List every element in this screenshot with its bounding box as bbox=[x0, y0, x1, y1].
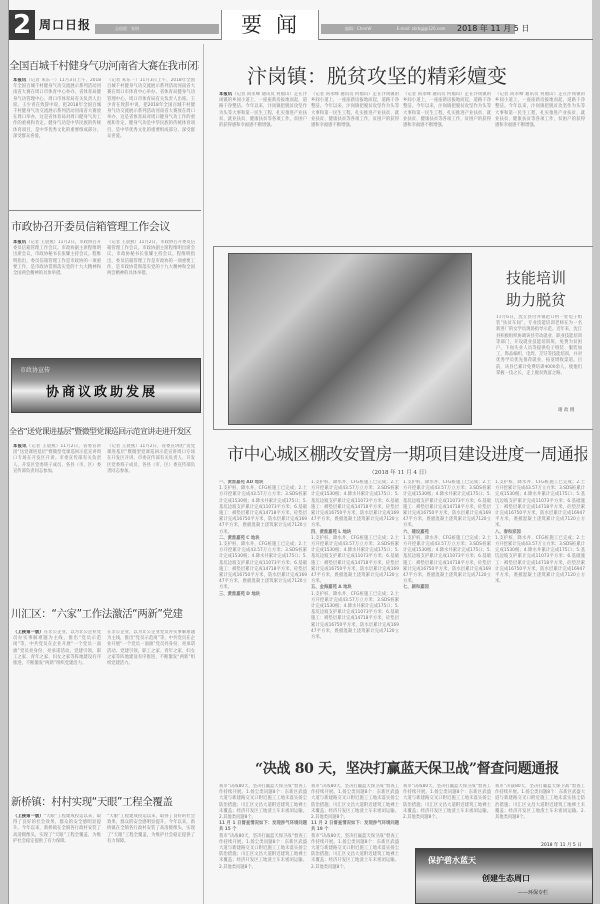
photo-feature-box: 技能培训 助力脱贫 11月6日，沈丘县付井镇赵口村一处电子组装“扶贫车间”，专业… bbox=[213, 246, 593, 430]
section-heading: 六、建设嘉苑 bbox=[403, 530, 429, 535]
inspection-subhead: 11 月 1 日督查情况如下：发现涉气环境问题共 15 个 bbox=[219, 821, 307, 832]
inspection-col4: 我市“决战80天，坚决打赢蓝天保卫战”督查工作持续开展。1.扬尘类问题8个：东新… bbox=[495, 784, 585, 824]
photo-headline-line1[interactable]: 技能培训 bbox=[506, 267, 566, 288]
byline: 本报讯 bbox=[13, 444, 27, 449]
article-body-continued: “天眼”工程建成投运以来，取得了良好的社会效果，群众的安全感明显提升。今年以来，… bbox=[107, 814, 195, 900]
section-heading: 五、金海嘉苑 A 地块 bbox=[311, 585, 352, 590]
article-body: （上接第一版）“天眼”工程建成投运以来，取得了良好的社会效果，群众的安全感明显提… bbox=[13, 814, 101, 900]
headline-chuanhui-party[interactable]: 川汇区：“六家”工作法激活“两新”党建 bbox=[11, 606, 201, 621]
report-date-subhead: （2018 年 11 月 4 日） bbox=[369, 468, 430, 476]
banner-line1: 保护碧水蓝天 bbox=[428, 855, 476, 866]
article-body-continued: （记者 朱东一）11月3日上午，2018年全国百城千村健身气功交流展示系列活动河… bbox=[107, 78, 195, 206]
issue-date: 2018 年 11 月 5 日 bbox=[457, 23, 529, 34]
page-header: 2 周口日报 总值班：张明 要闻 编辑：ChenW E-mail: zkrbgj… bbox=[9, 10, 593, 40]
byline: （上接第一版） bbox=[13, 814, 44, 819]
article-body: 本报讯（记者 王晨燕）11月2日，市政协召开委员信箱管理工作会议。市政协副主席程… bbox=[13, 240, 101, 350]
headline-party-lecture[interactable]: 全省“送党课进基层”暨微型党课巡回示范宣讲走进开发区 bbox=[9, 426, 201, 437]
headline-biangang-poverty[interactable]: 汴岗镇：脱贫攻坚的精彩嬗变 bbox=[247, 60, 587, 89]
report-col4: 1.支护桩、降水井、CFG桩施工已完成；2.土方开挖累计完成43.57万立方米；… bbox=[495, 480, 585, 750]
article-body-col3: （记者 尚永峰 通讯员 何福山）走在汴岗镇的乡间小道上，一座座新房拔地而起，道路… bbox=[403, 92, 491, 240]
header-left-bar: 总值班：张明 bbox=[95, 24, 219, 34]
headline-cppcc-mailbox[interactable]: 市政协召开委员信箱管理工作会议 bbox=[11, 218, 201, 234]
section-heading: 三、黄淮嘉苑 D 地块 bbox=[219, 592, 260, 597]
photo-credit: 谢 政 摄 bbox=[558, 407, 574, 413]
inspection-col1: 我市“决战80天，坚决打赢蓝天保卫战”督查工作持续开展。1.扬尘类问题8个：东新… bbox=[219, 784, 307, 902]
page-number: 2 bbox=[9, 10, 35, 40]
article-body-continued: （记者 王晨燕）11月2日，省委宣讲团“送党课进基层”暨微型党课巡回示范宣讲周口… bbox=[107, 444, 195, 584]
photo-headline-line2[interactable]: 助力脱贫 bbox=[506, 289, 566, 310]
divider bbox=[9, 210, 201, 211]
byline: 本报讯 bbox=[13, 78, 26, 83]
report-col2: 1.支护桩、降水井、CFG桩施工已完成；2.土方开挖累计完成43.57万立方米；… bbox=[311, 480, 399, 750]
masthead-logo: 周口日报 bbox=[39, 16, 91, 33]
column-divider bbox=[203, 44, 204, 904]
section-heading: 八、春和家园 bbox=[495, 530, 521, 535]
headline-shantytown-report[interactable]: 市中心城区棚改安置房一期项目建设进度一周通报 bbox=[227, 440, 587, 465]
training-photo[interactable] bbox=[228, 253, 472, 425]
inspection-subhead: 11 月 2 日督查情况如下：发现涉气环境问题共 19 个 bbox=[311, 821, 399, 832]
email-text: E-mail: zkrbgj@126.com bbox=[397, 26, 446, 31]
article-body-col4: （记者 尚永峰 通讯员 何福山）走在汴岗镇的乡间小道上，一座座新房拔地而起，道路… bbox=[495, 92, 585, 240]
byline: 本报讯 bbox=[219, 92, 232, 97]
inspection-col2: 我市“决战80天，坚决打赢蓝天保卫战”督查工作持续开展。1.扬尘类问题8个：东新… bbox=[311, 784, 399, 902]
byline: 本报讯 bbox=[13, 240, 26, 245]
article-body: 本报讯（记者 朱东一）11月3日上午，2018年全国百城千村健身气功交流展示系列… bbox=[13, 78, 101, 206]
section-heading: 四、黄淮嘉苑 L 地块 bbox=[311, 530, 351, 535]
report-col1: 一、黄淮嘉苑 AD 地块1.支护桩、降水井、CFG桩施工已完成；2.土方开挖累计… bbox=[219, 480, 307, 750]
banner-cppcc: 市政协宣传 协商议政助发展 bbox=[11, 358, 201, 413]
section-heading: 七、颍和嘉园 bbox=[403, 585, 429, 590]
headline-xinqiao-skyeye[interactable]: 新桥镇：村村实现“天眼”工程全覆盖 bbox=[11, 794, 201, 809]
banner-line2: 创建生态周口 bbox=[482, 873, 530, 884]
headline-fitness-contest[interactable]: 全国百城千村健身气功河南省大赛在我市闭幕 bbox=[9, 58, 199, 73]
banner-line3: ——环保专栏 bbox=[518, 889, 548, 896]
article-body-continued: 在非公企业，以为非公企业党员办实事解难题为主线，推出“党员示范岗”等，中共党员在… bbox=[107, 630, 195, 760]
article-body: 本报讯（记者 王晨燕）11月2日，省委宣讲团“送党课进基层”暨微型党课巡回示范宣… bbox=[13, 444, 101, 584]
editor-text: 编辑：ChenW bbox=[345, 26, 371, 31]
newspaper-page: 2 周口日报 总值班：张明 要闻 编辑：ChenW E-mail: zkrbgj… bbox=[8, 0, 592, 904]
section-heading: 二、黄淮嘉苑 C 地块 bbox=[219, 536, 260, 541]
banner-environment: 保护碧水蓝天 创建生态周口 ——环保专栏 bbox=[415, 848, 593, 904]
article-body-continued: （记者 王晨燕）11月2日，市政协召开委员信箱管理工作会议。市政协副主席程维明出… bbox=[107, 240, 195, 350]
banner-slogan: 协商议政助发展 bbox=[46, 381, 158, 400]
photo-caption: 11月6日，沈丘县付井镇赵口村一处电子组装“扶贫车间”，专业技能培训老师在为一名… bbox=[496, 315, 582, 413]
section-title: 要闻 bbox=[222, 10, 318, 40]
article-body: （上接第一版）在非公企业，以为非公企业党员办实事解难题为主线，推出“党员示范岗”… bbox=[13, 630, 101, 760]
banner-org: 市政协宣传 bbox=[20, 365, 50, 374]
byline: （上接第一版） bbox=[13, 630, 44, 635]
report-col3: 1.支护桩、降水井、CFG桩施工已完成；2.土方开挖累计完成43.57万立方米；… bbox=[403, 480, 491, 750]
article-body: 本报讯（记者 尚永峰 通讯员 何福山）走在汴岗镇的乡间小道上，一座座新房拔地而起… bbox=[219, 92, 307, 240]
section-heading: 一、黄淮嘉苑 AD 地块 bbox=[219, 480, 263, 485]
article-body-col2: （记者 尚永峰 通讯员 何福山）走在汴岗镇的乡间小道上，一座座新房拔地而起，道路… bbox=[311, 92, 399, 240]
inspection-col3: 我市“决战80天，坚决打赢蓝天保卫战”督查工作持续开展。1.扬尘类问题8个：东新… bbox=[403, 784, 491, 824]
section-box: 要闻 bbox=[221, 10, 319, 40]
headline-blue-sky-inspection[interactable]: “决战 80 天，坚决打赢蓝天保卫战”督查问题通报 bbox=[255, 758, 595, 778]
